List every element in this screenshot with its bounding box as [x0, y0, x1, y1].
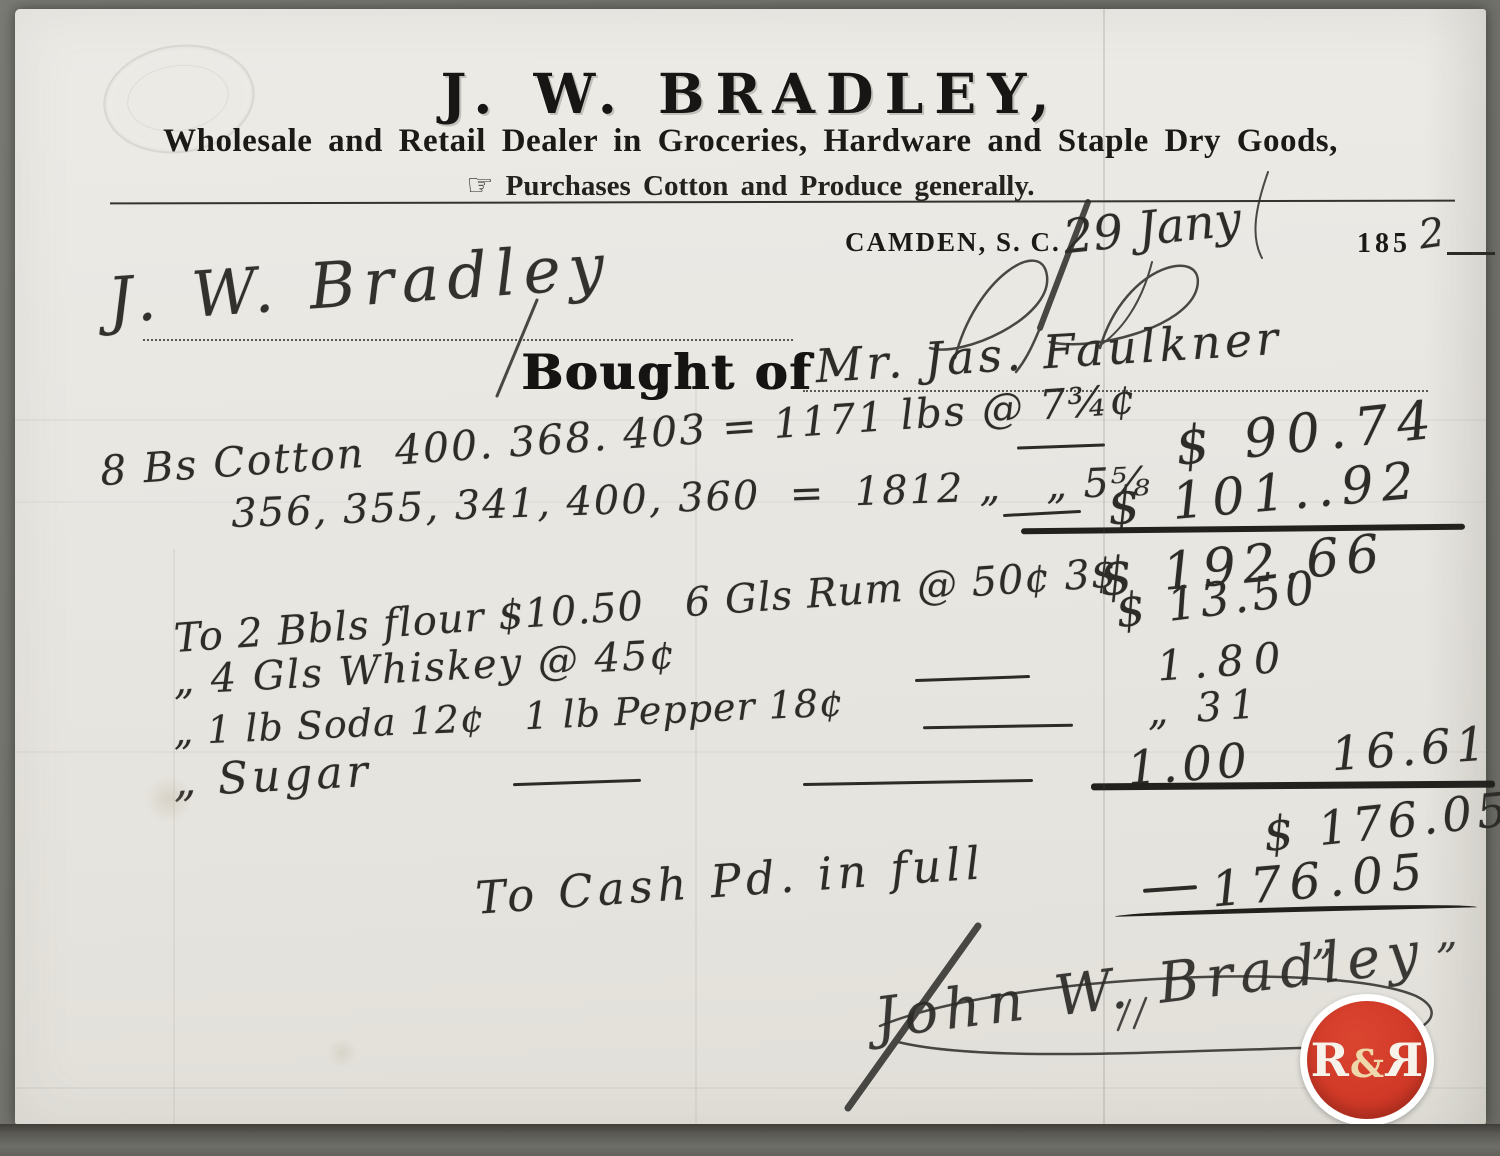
- rr-right-letter-reversed: R: [1385, 1037, 1423, 1083]
- account-holder-name: J. W. Bradley: [105, 229, 614, 337]
- account-dotted-line: [143, 339, 793, 341]
- dash-stroke: [1003, 510, 1081, 517]
- dash-stroke: [513, 779, 641, 786]
- settlement-desc: To Cash Pd. in full: [474, 836, 987, 924]
- invoice-paper: J. W. BRADLEY, Wholesale and Retail Deal…: [15, 9, 1486, 1124]
- scanned-document-page: { "scan": { "background_color": "#72726c…: [0, 0, 1500, 1156]
- year-trailing-dash: [1447, 252, 1495, 255]
- dash-stroke: [1017, 443, 1105, 449]
- bought-of-label: Bought of: [521, 343, 812, 401]
- subtotal-rule: [1021, 524, 1465, 535]
- ledger-row-desc: „ Sugar: [172, 746, 373, 807]
- paper-stain: [325, 1039, 359, 1067]
- rr-left-letter: R: [1311, 1037, 1349, 1083]
- ledger-row-amount: „ 31: [1146, 681, 1265, 735]
- dash-stroke: [1143, 885, 1197, 893]
- place-label: CAMDEN, S. C.: [845, 227, 1061, 258]
- fold-crease: [15, 1087, 1486, 1089]
- dash-stroke: [803, 779, 1033, 786]
- rr-logo-circle: R & R: [1307, 1001, 1427, 1119]
- scan-bottom-edge: [0, 1124, 1500, 1156]
- dash-stroke: [923, 724, 1073, 730]
- tagline-text: Purchases Cotton and Produce generally.: [506, 170, 1035, 202]
- ledger-row-amount: 1.80: [1155, 632, 1292, 690]
- rr-ampersand: &: [1350, 1045, 1384, 1083]
- business-name: J. W. BRADLEY,: [15, 61, 1486, 126]
- printed-year-prefix: 185: [1357, 228, 1411, 260]
- tagline-line: ☞ Purchases Cotton and Produce generally…: [15, 168, 1486, 203]
- dealer-description-line: Wholesale and Retail Dealer in Groceries…: [15, 123, 1486, 160]
- rr-logo-letters: R & R: [1311, 1037, 1424, 1083]
- pointing-hand-icon: ☞: [466, 168, 493, 203]
- rr-logo: R & R: [1300, 994, 1434, 1126]
- handwritten-year-digit: 2: [1416, 209, 1448, 258]
- dash-stroke: [915, 675, 1030, 682]
